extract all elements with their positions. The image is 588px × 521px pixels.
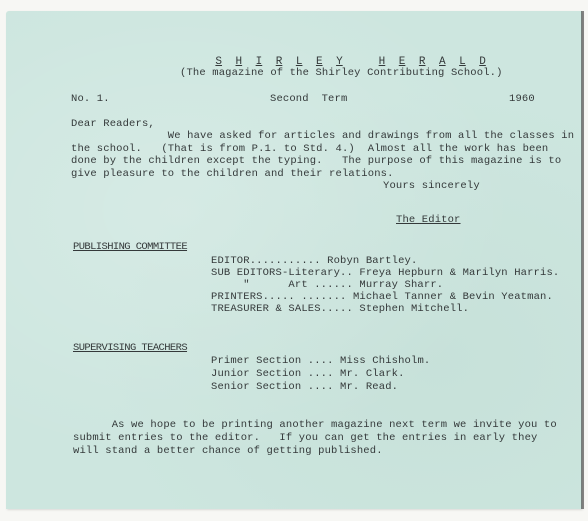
committee-row: " Art ...... Murray Sharr. xyxy=(211,279,443,292)
committee-role: TREASURER & SALES..... xyxy=(211,303,359,315)
letter-line: give pleasure to the children and their … xyxy=(71,168,394,181)
title-letter: H xyxy=(379,56,386,68)
title-letter: L xyxy=(459,56,466,68)
letter-greeting: Dear Readers, xyxy=(71,118,155,131)
committee-name: Freya Hepburn & Marilyn Harris. xyxy=(359,267,559,279)
masthead-subtitle: (The magazine of the Shirley Contributin… xyxy=(180,67,503,80)
committee-row: EDITOR........... Robyn Bartley. xyxy=(211,255,417,268)
committee-name: Murray Sharr. xyxy=(359,279,443,291)
letter-line: the school. (That is from P.1. to Std. 4… xyxy=(71,143,548,156)
committee-name: Robyn Bartley. xyxy=(327,255,417,267)
magazine-page: SHIRLEYHERALD (The magazine of the Shirl… xyxy=(6,11,582,509)
closing-paragraph-line: submit entries to the editor. If you can… xyxy=(73,432,537,445)
publishing-committee-heading: PUBLISHING COMMITTEE xyxy=(73,241,187,254)
issue-number: No. 1. xyxy=(71,93,110,106)
letter-line: We have asked for articles and drawings … xyxy=(71,130,574,143)
teacher-name: Mr. Clark. xyxy=(340,368,405,380)
committee-role: " Art ...... xyxy=(211,279,359,291)
committee-row: TREASURER & SALES..... Stephen Mitchell. xyxy=(211,303,469,316)
issue-term: Second Term xyxy=(270,93,347,106)
teacher-row: Primer Section .... Miss Chisholm. xyxy=(211,355,430,368)
teacher-row: Junior Section .... Mr. Clark. xyxy=(211,368,405,381)
teacher-section: Primer Section .... xyxy=(211,355,340,367)
committee-row: SUB EDITORS-Literary.. Freya Hepburn & M… xyxy=(211,267,559,280)
teacher-row: Senior Section .... Mr. Read. xyxy=(211,381,398,394)
supervising-teachers-heading: SUPERVISING TEACHERS xyxy=(73,342,187,355)
committee-name: Michael Tanner & Bevin Yeatman. xyxy=(353,291,553,303)
title-letter: R xyxy=(419,56,426,68)
committee-row: PRINTERS..... ....... Michael Tanner & B… xyxy=(211,291,553,304)
teacher-name: Mr. Read. xyxy=(340,381,398,393)
title-letter: I xyxy=(256,56,263,68)
committee-name: Stephen Mitchell. xyxy=(359,303,469,315)
letter-line: done by the children except the typing. … xyxy=(71,155,561,168)
title-letter: A xyxy=(439,56,446,68)
teacher-section: Senior Section .... xyxy=(211,381,340,393)
letter-signature: The Editor xyxy=(396,214,461,227)
teacher-name: Miss Chisholm. xyxy=(340,355,430,367)
title-letter: Y xyxy=(336,56,343,68)
issue-year: 1960 xyxy=(509,93,535,106)
committee-role: PRINTERS..... ....... xyxy=(211,291,353,303)
committee-role: EDITOR........... xyxy=(211,255,327,267)
title-letter: L xyxy=(296,56,303,68)
title-letter: E xyxy=(399,56,406,68)
closing-paragraph-line: As we hope to be printing another magazi… xyxy=(73,419,557,432)
title-letter: D xyxy=(479,56,486,68)
closing-paragraph-line: will stand a better chance of getting pu… xyxy=(73,445,383,458)
committee-role: SUB EDITORS-Literary.. xyxy=(211,267,359,279)
teacher-section: Junior Section .... xyxy=(211,368,340,380)
title-letter: E xyxy=(316,56,323,68)
title-letter: R xyxy=(276,56,283,68)
letter-closing: Yours sincerely xyxy=(383,180,480,193)
title-letter: H xyxy=(236,56,243,68)
title-letter: S xyxy=(215,56,222,68)
